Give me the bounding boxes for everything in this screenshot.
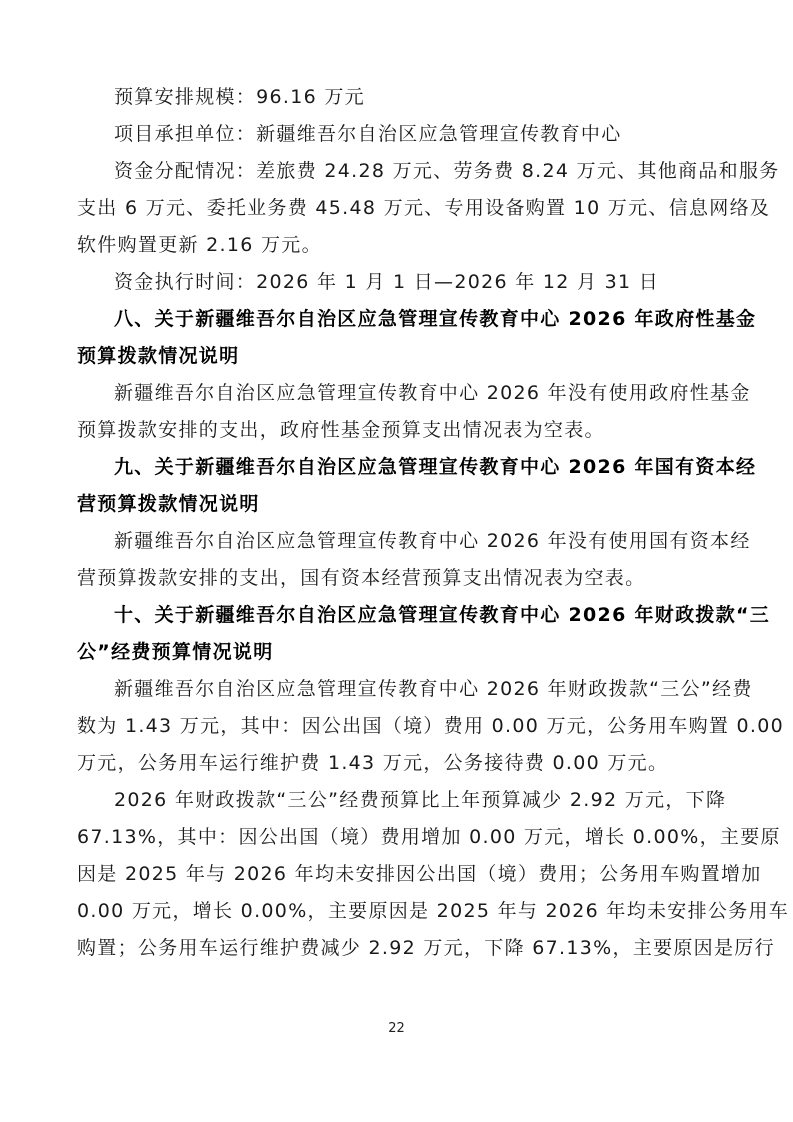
paragraph-line: 新疆维吾尔自治区应急管理宣传教育中心 2026 年财政拨款“三公”经费 — [114, 676, 753, 702]
paragraph-line: 数为 1.43 万元，其中：因公出国（境）费用 0.00 万元，公务用车购置 0… — [77, 713, 784, 739]
section-heading-10: 十、关于新疆维吾尔自治区应急管理宣传教育中心 2026 年财政拨款“三 — [114, 602, 770, 628]
section-heading-10: 公”经费预算情况说明 — [77, 639, 274, 665]
paragraph-line: 购置；公务用车运行维护费减少 2.92 万元，下降 67.13%，主要原因是厉行 — [77, 935, 775, 961]
paragraph-line: 新疆维吾尔自治区应急管理宣传教育中心 2026 年没有使用国有资本经 — [114, 528, 751, 554]
paragraph-line: 新疆维吾尔自治区应急管理宣传教育中心 2026 年没有使用政府性基金 — [114, 380, 751, 406]
project-unit-line: 项目承担单位：新疆维吾尔自治区应急管理宣传教育中心 — [114, 121, 622, 147]
paragraph-line: 万元，公务用车运行维护费 1.43 万元，公务接待费 0.00 万元。 — [77, 750, 668, 776]
execution-time-line: 资金执行时间：2026 年 1 月 1 日—2026 年 12 月 31 日 — [114, 269, 659, 295]
fund-allocation-line: 资金分配情况：差旅费 24.28 万元、劳务费 8.24 万元、其他商品和服务 — [114, 158, 780, 184]
section-heading-8: 八、关于新疆维吾尔自治区应急管理宣传教育中心 2026 年政府性基金 — [114, 306, 756, 332]
section-heading-9: 营预算拨款情况说明 — [77, 491, 260, 517]
fund-allocation-line: 软件购置更新 2.16 万元。 — [77, 232, 322, 258]
budget-scale-line: 预算安排规模：96.16 万元 — [114, 84, 365, 110]
fund-allocation-line: 支出 6 万元、委托业务费 45.48 万元、专用设备购置 10 万元、信息网络… — [77, 195, 770, 221]
paragraph-line: 预算拨款安排的支出，政府性基金预算支出情况表为空表。 — [77, 417, 605, 443]
page-number: 22 — [0, 1021, 793, 1036]
paragraph-line: 67.13%，其中：因公出国（境）费用增加 0.00 万元，增长 0.00%，主… — [77, 824, 781, 850]
paragraph-line: 0.00 万元，增长 0.00%，主要原因是 2025 年与 2026 年均未安… — [77, 898, 789, 924]
paragraph-line: 因是 2025 年与 2026 年均未安排因公出国（境）费用；公务用车购置增加 — [77, 861, 762, 887]
section-heading-8: 预算拨款情况说明 — [77, 343, 239, 369]
paragraph-line: 2026 年财政拨款“三公”经费预算比上年预算减少 2.92 万元，下降 — [114, 787, 726, 813]
section-heading-9: 九、关于新疆维吾尔自治区应急管理宣传教育中心 2026 年国有资本经 — [114, 454, 756, 480]
paragraph-line: 营预算拨款安排的支出，国有资本经营预算支出情况表为空表。 — [77, 565, 645, 591]
